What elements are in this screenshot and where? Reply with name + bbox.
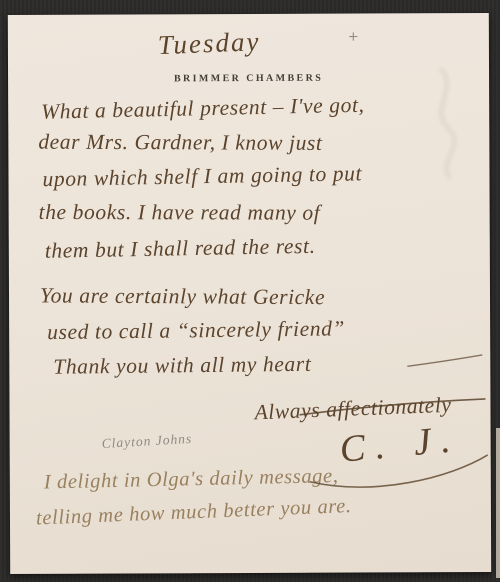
handwriting-line: the books. I have read many of [39,202,321,224]
handwriting-line: dear Mrs. Gardner, I know just [38,132,322,155]
photograph-background: Tuesday BRIMMER CHAMBERS + What a beauti… [0,0,500,582]
handwriting-line: You are certainly what Gericke [40,285,325,308]
date-line: Tuesday [157,28,260,59]
pencil-plus-mark: + [348,30,359,45]
closing-line: Always affectionately [254,395,452,424]
second-page-edge [496,428,500,578]
pencil-annotation: Clayton Johns [101,431,192,452]
postscript-line: I delight in Olga's daily message, [44,466,339,493]
handwriting-line: Thank you with all my heart [53,354,311,378]
letter-paper: Tuesday BRIMMER CHAMBERS + What a beauti… [8,13,491,574]
signature-initials: C. J. [338,420,462,469]
handwriting-line: used to call a “sincerely friend” [47,318,345,343]
postscript-line: telling me how much better you are. [36,496,352,529]
handwriting-line: them but I shall read the rest. [45,236,316,262]
handwriting-line: upon which shelf I am going to put [42,163,362,190]
letterhead: BRIMMER CHAMBERS [8,73,489,85]
handwriting-line: What a beautiful present – I've got, [41,95,365,124]
